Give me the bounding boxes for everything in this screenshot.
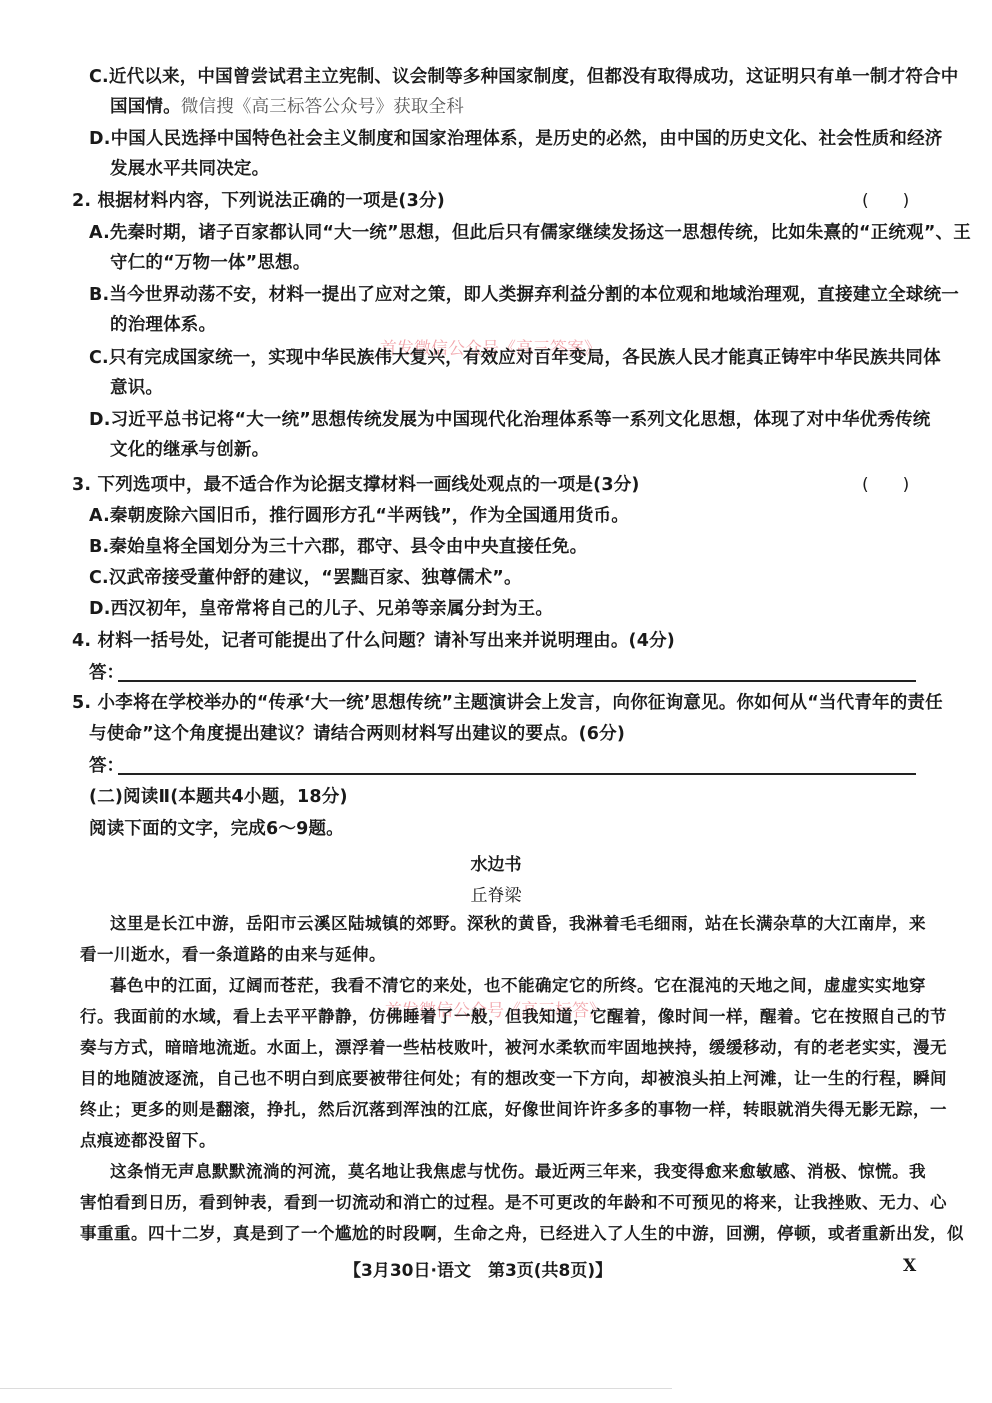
scan-edge-line	[0, 1388, 672, 1389]
q1-option-d-line1: D.中国人民选择中国特色社会主义制度和国家治理体系，是历史的必然，由中国的历史文…	[89, 128, 942, 150]
option-label: B.	[89, 537, 109, 557]
option-text: 发展水平共同决定。	[110, 159, 269, 179]
q2-option-a-cont: 守仁的“万物一体”思想。	[110, 252, 310, 274]
option-label: C.	[89, 348, 109, 368]
q3-option-d: D.西汉初年，皇帝常将自己的儿子、兄弟等亲属分封为王。	[89, 598, 553, 620]
q3-answer-bracket[interactable]: ( )	[862, 474, 909, 496]
option-text: 近代以来，中国曾尝试君主立宪制、议会制等多种国家制度，但都没有取得成功，这证明只…	[109, 67, 959, 87]
essay-p2-line3: 奏与方式，暗暗地流逝。水面上，漂浮着一些枯枝败叶，被河水柔软而牢固地挟持，缓缓移…	[80, 1037, 947, 1059]
q1-option-c-line1: C.近代以来，中国曾尝试君主立宪制、议会制等多种国家制度，但都没有取得成功，这证…	[89, 66, 959, 88]
option-label: D.	[89, 129, 111, 149]
option-label: C.	[89, 568, 109, 588]
q3-option-a: A.秦朝废除六国旧币，推行圆形方孔“半两钱”，作为全国通用货币。	[89, 505, 629, 527]
q2-option-d-cont: 文化的继承与创新。	[110, 439, 269, 461]
essay-p2-line5: 终止；更多的则是翻滚，挣扎，然后沉落到浑浊的江底，好像世间许许多多的事物一样，转…	[80, 1099, 947, 1121]
q3-option-c: C.汉武帝接受董仲舒的建议，“罢黜百家、独尊儒术”。	[89, 567, 522, 589]
essay-p3-line2: 害怕看到日历，看到钟表，看到一切流动和消亡的过程。是不可更改的年龄和不可预见的将…	[80, 1192, 947, 1214]
q3-option-b: B.秦始皇将全国划分为三十六郡，郡守、县令由中央直接任免。	[89, 536, 587, 558]
option-label: C.	[89, 67, 109, 87]
q2-stem: 2. 根据材料内容，下列说法正确的一项是(3分)	[72, 190, 445, 212]
option-text: 中国人民选择中国特色社会主义制度和国家治理体系，是历史的必然，由中国的历史文化、…	[111, 129, 943, 149]
essay-title: 水边书	[0, 850, 992, 875]
q4-stem: 4. 材料一括号处，记者可能提出了什么问题？请补写出来并说明理由。(4分)	[72, 630, 675, 652]
q3-stem: 3. 下列选项中，最不适合作为论据支撑材料一画线处观点的一项是(3分)	[72, 474, 640, 496]
exam-page: C.近代以来，中国曾尝试君主立宪制、议会制等多种国家制度，但都没有取得成功，这证…	[0, 0, 992, 1403]
essay-author: 丘脊梁	[0, 881, 992, 906]
q5-answer-line[interactable]	[118, 773, 916, 775]
option-text: 汉武帝接受董仲舒的建议，“罢黜百家、独尊儒术”。	[109, 568, 522, 588]
q2-option-a: A.先秦时期，诸子百家都认同“大一统”思想，但此后只有儒家继续发扬这一思想传统，…	[89, 222, 971, 244]
option-text: 先秦时期，诸子百家都认同“大一统”思想，但此后只有儒家继续发扬这一思想传统，比如…	[110, 223, 971, 243]
q5-stem-line2: 与使命”这个角度提出建议？请结合两则材料写出建议的要点。(6分)	[89, 723, 625, 745]
paper-code: X	[903, 1256, 916, 1276]
q2-option-b-cont: 的治理体系。	[110, 314, 216, 336]
option-text: 当今世界动荡不安，材料一提出了应对之策，即人类摒弃利益分割的本位观和地域治理观，…	[109, 285, 959, 305]
option-label: D.	[89, 599, 111, 619]
essay-p2-line6: 点痕迹都没留下。	[80, 1130, 216, 1152]
section2-heading: (二)阅读Ⅱ(本题共4小题，18分)	[89, 786, 348, 808]
option-label: A.	[89, 506, 110, 526]
q5-stem-line1: 5. 小李将在学校举办的“传承‘大一统’思想传统”主题演讲会上发言，向你征询意见…	[72, 692, 943, 714]
q2-option-d: D.习近平总书记将“大一统”思想传统发展为中国现代化治理体系等一系列文化思想，体…	[89, 409, 930, 431]
q1-option-d-line2: 发展水平共同决定。	[110, 158, 269, 180]
option-text: 秦朝废除六国旧币，推行圆形方孔“半两钱”，作为全国通用货币。	[110, 506, 629, 526]
q1-option-c-line2: 国国情。微信搜《高三标答公众号》获取全科	[110, 96, 464, 118]
essay-p3-line3: 事重重。四十二岁，真是到了一个尴尬的时段啊，生命之舟，已经进入了人生的中游，回溯…	[80, 1223, 964, 1245]
option-text: 秦始皇将全国划分为三十六郡，郡守、县令由中央直接任免。	[109, 537, 587, 557]
q2-option-c: C.只有完成国家统一，实现中华民族伟大复兴，有效应对百年变局，各民族人民才能真正…	[89, 347, 941, 369]
option-label: D.	[89, 410, 111, 430]
option-text: 只有完成国家统一，实现中华民族伟大复兴，有效应对百年变局，各民族人民才能真正铸牢…	[109, 348, 941, 368]
q2-option-c-cont: 意识。	[110, 377, 163, 399]
essay-p1-line1: 这里是长江中游，岳阳市云溪区陆城镇的郊野。深秋的黄昏，我淋着毛毛细雨，站在长满杂…	[110, 913, 926, 935]
q2-answer-bracket[interactable]: ( )	[862, 190, 909, 212]
section2-instruction: 阅读下面的文字，完成6～9题。	[89, 818, 344, 840]
essay-p1-line2: 看一川逝水，看一条道路的由来与延伸。	[80, 944, 386, 966]
option-text: 国国情。	[110, 97, 181, 117]
q2-option-b: B.当今世界动荡不安，材料一提出了应对之策，即人类摒弃利益分割的本位观和地域治理…	[89, 284, 959, 306]
q4-answer-line[interactable]	[118, 680, 916, 682]
inline-watermark-note: 微信搜《高三标答公众号》获取全科	[181, 97, 464, 117]
option-label: A.	[89, 223, 110, 243]
page-footer: 【3月30日·语文 第3页(共8页)】	[344, 1256, 612, 1281]
option-text: 习近平总书记将“大一统”思想传统发展为中国现代化治理体系等一系列文化思想，体现了…	[111, 410, 931, 430]
essay-p2-line2: 行。我面前的水域，看上去平平静静，仿佛睡着了一般，但我知道，它醒着，像时间一样，…	[80, 1006, 947, 1028]
essay-p2-line1: 暮色中的江面，辽阔而苍茫，我看不清它的来处，也不能确定它的所终。它在混沌的天地之…	[110, 975, 926, 997]
essay-p2-line4: 目的地随波逐流，自己也不明白到底要被带往何处；有的想改变一下方向，却被浪头拍上河…	[80, 1068, 947, 1090]
option-label: B.	[89, 285, 109, 305]
option-text: 西汉初年，皇帝常将自己的儿子、兄弟等亲属分封为王。	[111, 599, 554, 619]
essay-p3-line1: 这条悄无声息默默流淌的河流，莫名地让我焦虑与忧伤。最近两三年来，我变得愈来愈敏感…	[110, 1161, 926, 1183]
